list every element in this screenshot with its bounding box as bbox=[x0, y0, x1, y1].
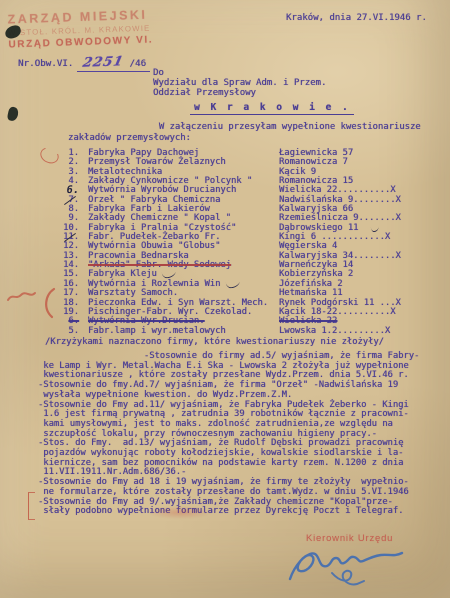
recipient-to: Do bbox=[153, 68, 326, 78]
recipient-line-2: Oddział Przemysłowy bbox=[153, 88, 326, 98]
handwritten-reference-number: 2251 bbox=[82, 54, 126, 70]
faded-red-stamp-mark bbox=[148, 506, 212, 519]
footnote-line: /Krzyżykami naznaczono firmy, które kwes… bbox=[45, 337, 384, 347]
item-name: Fabr.lamp i wyr.metalowych bbox=[88, 327, 279, 336]
recipient-block: Do Wydziału dla Spraw Adm. i Przem. Oddz… bbox=[153, 68, 326, 99]
reference-number-underline: 2251/46 bbox=[77, 55, 150, 72]
date-line: Kraków, dnia 27.VI.1946 r. bbox=[286, 13, 427, 23]
factory-list: 1.Fabryka Papy DachowejŁagiewnicka 57 2.… bbox=[55, 149, 401, 336]
recipient-city: w K r a k o w i e . bbox=[190, 102, 354, 115]
item-address: Lwowska 1.2.........X bbox=[279, 327, 390, 336]
scanned-letter-document: ZARZĄD MIEJSKI W STOŁ. KRÓL. M. KRAKOWIE… bbox=[0, 0, 450, 598]
list-item: 5.Fabr.lamp i wyr.metalowychLwowska 1.2.… bbox=[55, 327, 401, 336]
handwritten-signature bbox=[284, 543, 408, 595]
reference-number-line: Nr.Obw.VI.2251/46 bbox=[18, 55, 150, 72]
body-paragraphs: -Stosownie do firmy ad.5/ wyjaśniam, że … bbox=[38, 352, 419, 517]
reference-suffix: /46 bbox=[130, 58, 147, 69]
red-pencil-bracket-annotation bbox=[28, 492, 35, 520]
intro-paragraph: W załączeniu przesyłam wypełnione kwesti… bbox=[68, 122, 421, 144]
red-pencil-scribble-annotation bbox=[4, 286, 64, 320]
item-number: 5. bbox=[55, 327, 79, 336]
recipient-line-1: Wydziału dla Spraw Adm. i Przem. bbox=[153, 78, 326, 88]
reference-prefix: Nr.Obw.VI. bbox=[18, 58, 73, 69]
ink-blot bbox=[7, 106, 20, 122]
office-stamp: ZARZĄD MIEJSKI W STOŁ. KRÓL. M. KRAKOWIE… bbox=[7, 7, 153, 51]
